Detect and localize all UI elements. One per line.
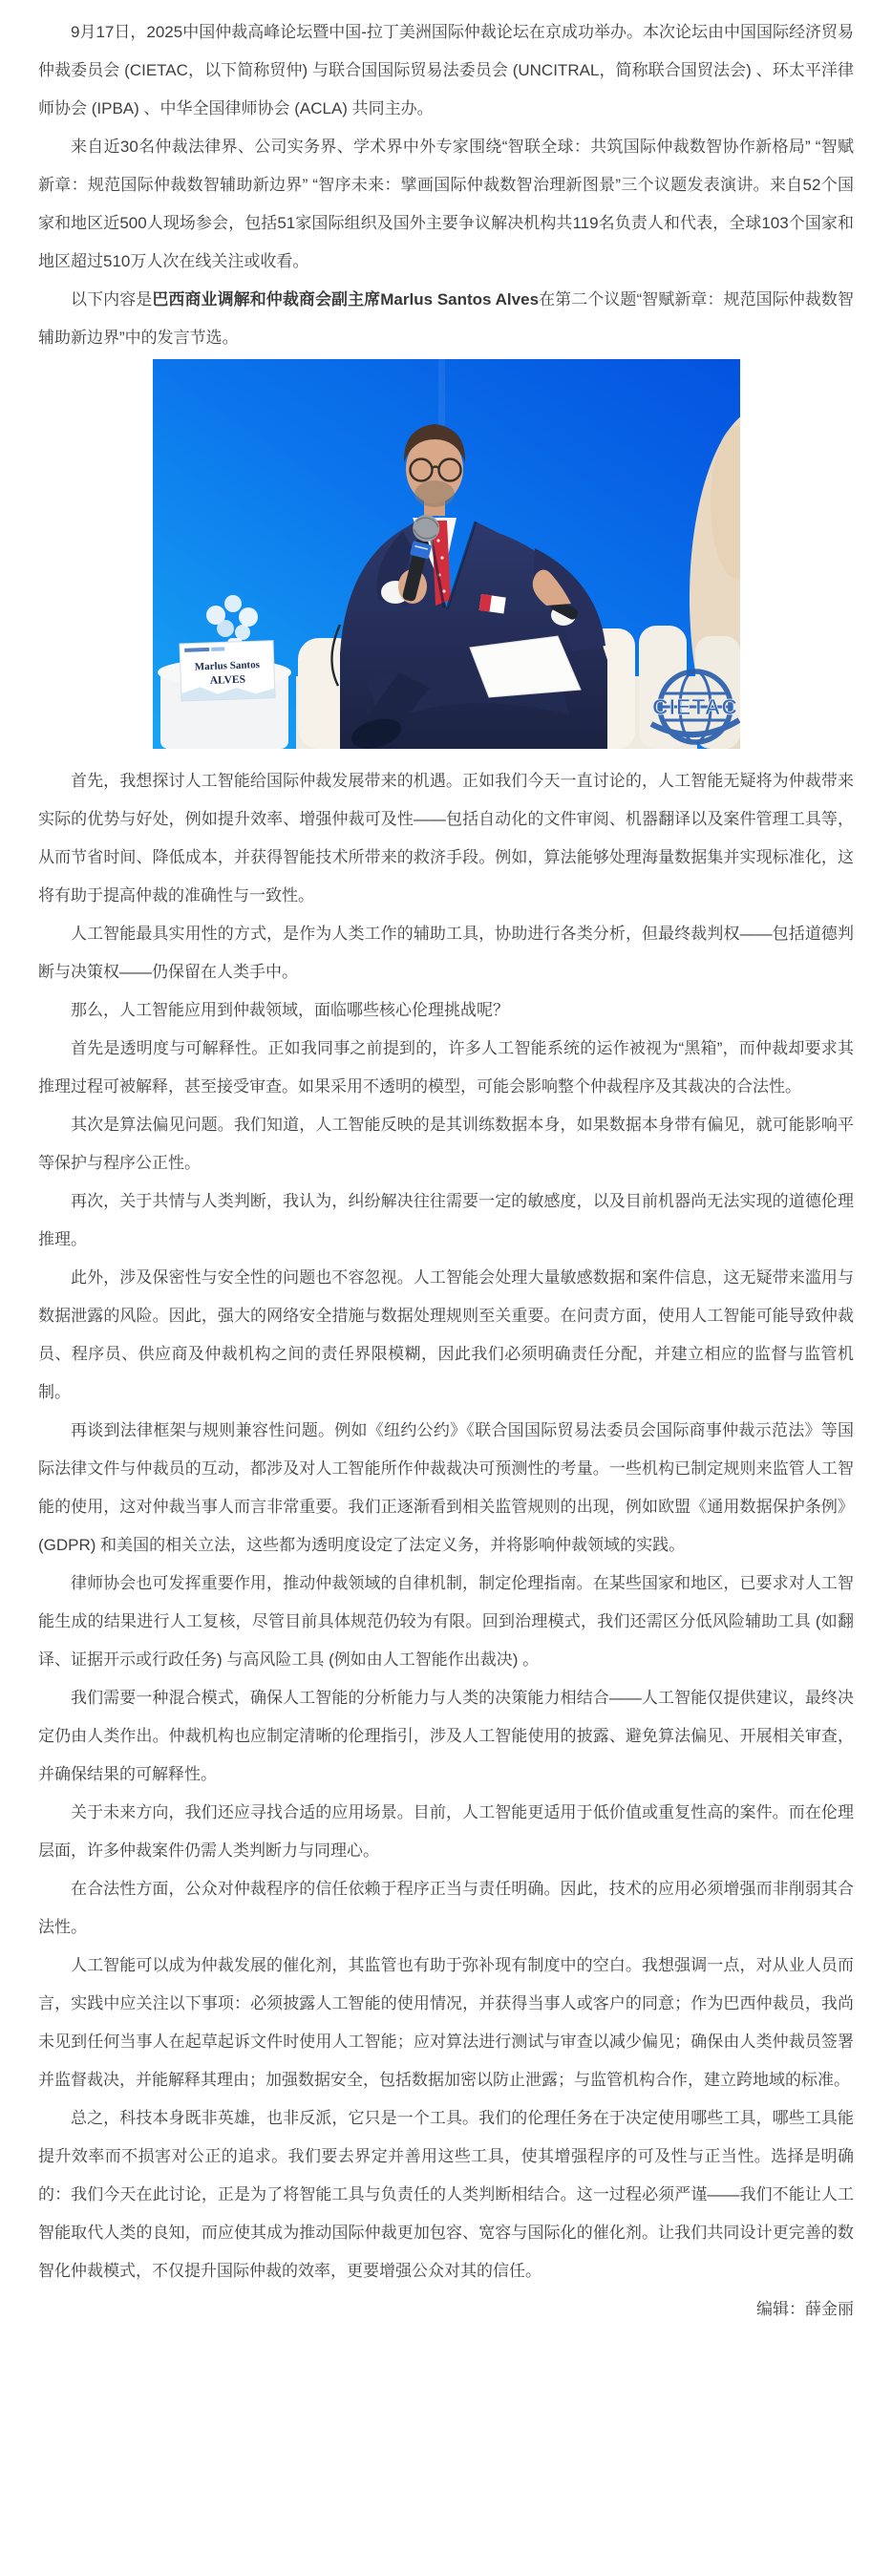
article-paragraph: 再谈到法律框架与规则兼容性问题。例如《纽约公约》《联合国国际贸易法委员会国际商事… — [38, 1412, 854, 1565]
article-paragraph: 人工智能可以成为仲裁发展的催化剂，其监管也有助于弥补现有制度中的空白。我想强调一… — [38, 1947, 854, 2099]
text-segment: 此外，涉及保密性与安全性的问题也不容忽视。人工智能会处理大量敏感数据和案件信息，… — [38, 1268, 854, 1401]
nameplate-last-name: ALVES — [209, 674, 245, 687]
text-segment: 人工智能可以成为仲裁发展的催化剂，其监管也有助于弥补现有制度中的空白。我想强调一… — [38, 1956, 854, 2089]
text-segment: 总之，科技本身既非英雄，也非反派，它只是一个工具。我们的伦理任务在于决定使用哪些… — [38, 2109, 854, 2280]
nameplate-first-name: Marlus Santos — [194, 659, 260, 672]
speaker-photo: Marlus Santos ALVES — [153, 359, 740, 749]
text-segment: 再谈到法律框架与规则兼容性问题。例如《纽约公约》《联合国国际贸易法委员会国际商事… — [38, 1421, 854, 1554]
text-segment: 首先是透明度与可解释性。正如我同事之前提到的，许多人工智能系统的运作被视为“黑箱… — [38, 1039, 854, 1096]
article-paragraph: 关于未来方向，我们还应寻找合适的应用场景。目前，人工智能更适用于低价值或重复性高… — [38, 1794, 854, 1870]
text-segment: 人工智能最具实用性的方式，是作为人类工作的辅助工具，协助进行各类分析，但最终裁判… — [38, 925, 854, 981]
article-paragraph: 首先，我想探讨人工智能给国际仲裁发展带来的机遇。正如我们今天一直讨论的，人工智能… — [38, 762, 854, 915]
text-segment: 首先，我想探讨人工智能给国际仲裁发展带来的机遇。正如我们今天一直讨论的，人工智能… — [38, 772, 854, 905]
text-segment: 以下内容是 — [71, 290, 152, 309]
text-segment: 关于未来方向，我们还应寻找合适的应用场景。目前，人工智能更适用于低价值或重复性高… — [38, 1803, 854, 1860]
speaker-photo-graphic: Marlus Santos ALVES — [153, 359, 740, 749]
article-paragraph: 我们需要一种混合模式，确保人工智能的分析能力与人类的决策能力相结合——人工智能仅… — [38, 1679, 854, 1794]
editor-credit: 编辑：薛金丽 — [38, 2290, 854, 2329]
article-page: 9月17日，2025中国仲裁高峰论坛暨中国-拉丁美洲国际仲裁论坛在京成功举办。本… — [0, 0, 892, 2353]
text-segment: 其次是算法偏见问题。我们知道，人工智能反映的是其训练数据本身，如果数据本身带有偏… — [38, 1116, 854, 1172]
article-paragraph: 人工智能最具实用性的方式，是作为人类工作的辅助工具，协助进行各类分析，但最终裁判… — [38, 915, 854, 991]
beard — [414, 480, 455, 507]
article-paragraph: 首先是透明度与可解释性。正如我同事之前提到的，许多人工智能系统的运作被视为“黑箱… — [38, 1030, 854, 1106]
text-segment: 来自近30名仲裁法律界、公司实务界、学术界中外专家围绕“智联全球：共筑国际仲裁数… — [38, 138, 854, 270]
article-paragraph: 总之，科技本身既非英雄，也非反派，它只是一个工具。我们的伦理任务在于决定使用哪些… — [38, 2099, 854, 2290]
text-segment: 那么，人工智能应用到仲裁领域，面临哪些核心伦理挑战呢？ — [71, 1001, 509, 1019]
text-segment: 我们需要一种混合模式，确保人工智能的分析能力与人类的决策能力相结合——人工智能仅… — [38, 1689, 854, 1783]
article-paragraph: 其次是算法偏见问题。我们知道，人工智能反映的是其训练数据本身，如果数据本身带有偏… — [38, 1106, 854, 1182]
article-intro: 9月17日，2025中国仲裁高峰论坛暨中国-拉丁美洲国际仲裁论坛在京成功举办。本… — [38, 13, 854, 357]
nameplate: Marlus Santos ALVES — [180, 641, 275, 701]
cietac-logo-text: CIETAC — [652, 694, 738, 719]
article-paragraph: 以下内容是巴西商业调解和仲裁商会副主席Marlus Santos Alves在第… — [38, 281, 854, 357]
article-paragraph: 来自近30名仲裁法律界、公司实务界、学术界中外专家围绕“智联全球：共筑国际仲裁数… — [38, 128, 854, 281]
badge — [478, 594, 505, 613]
article-paragraph: 此外，涉及保密性与安全性的问题也不容忽视。人工智能会处理大量敏感数据和案件信息，… — [38, 1259, 854, 1412]
bold-text: 巴西商业调解和仲裁商会副主席Marlus Santos Alves — [152, 290, 539, 309]
article-paragraph: 再次，关于共情与人类判断，我认为，纠纷解决往往需要一定的敏感度，以及目前机器尚无… — [38, 1182, 854, 1259]
article-speech: 首先，我想探讨人工智能给国际仲裁发展带来的机遇。正如我们今天一直讨论的，人工智能… — [38, 762, 854, 2290]
article-paragraph: 9月17日，2025中国仲裁高峰论坛暨中国-拉丁美洲国际仲裁论坛在京成功举办。本… — [38, 13, 854, 128]
article-paragraph: 律师协会也可发挥重要作用，推动仲裁领域的自律机制，制定伦理指南。在某些国家和地区… — [38, 1565, 854, 1679]
text-segment: 再次，关于共情与人类判断，我认为，纠纷解决往往需要一定的敏感度，以及目前机器尚无… — [38, 1192, 854, 1248]
article-paragraph: 那么，人工智能应用到仲裁领域，面临哪些核心伦理挑战呢？ — [38, 991, 854, 1030]
text-segment: 在合法性方面，公众对仲裁程序的信任依赖于程序正当与责任明确。因此，技术的应用必须… — [38, 1880, 854, 1936]
article-paragraph: 在合法性方面，公众对仲裁程序的信任依赖于程序正当与责任明确。因此，技术的应用必须… — [38, 1870, 854, 1947]
text-segment: 律师协会也可发挥重要作用，推动仲裁领域的自律机制，制定伦理指南。在某些国家和地区… — [38, 1574, 854, 1669]
text-segment: 9月17日，2025中国仲裁高峰论坛暨中国-拉丁美洲国际仲裁论坛在京成功举办。本… — [38, 23, 854, 117]
